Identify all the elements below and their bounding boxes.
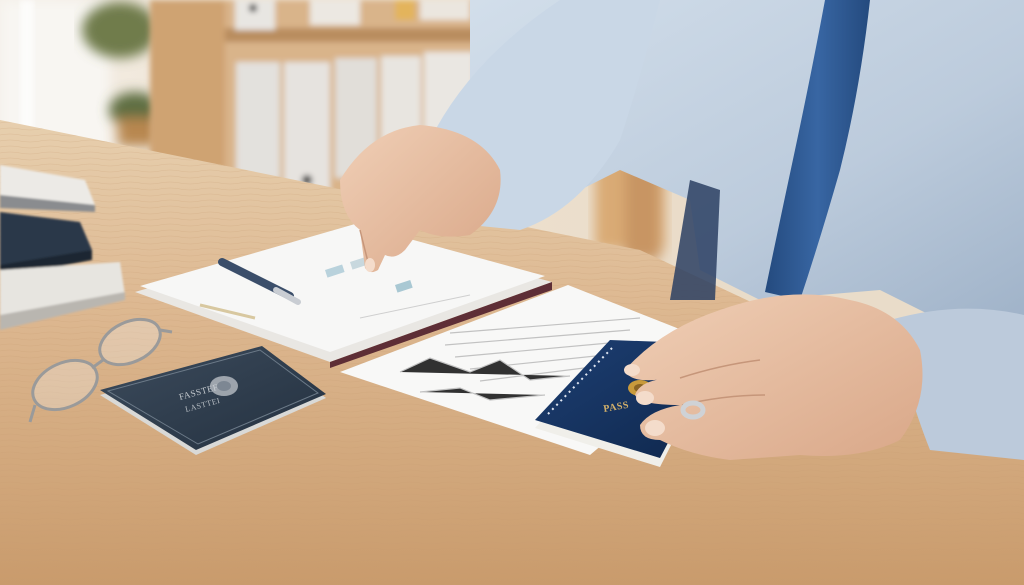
photo-scene: FASSTEF LASTTEI PASS: [0, 0, 1024, 585]
